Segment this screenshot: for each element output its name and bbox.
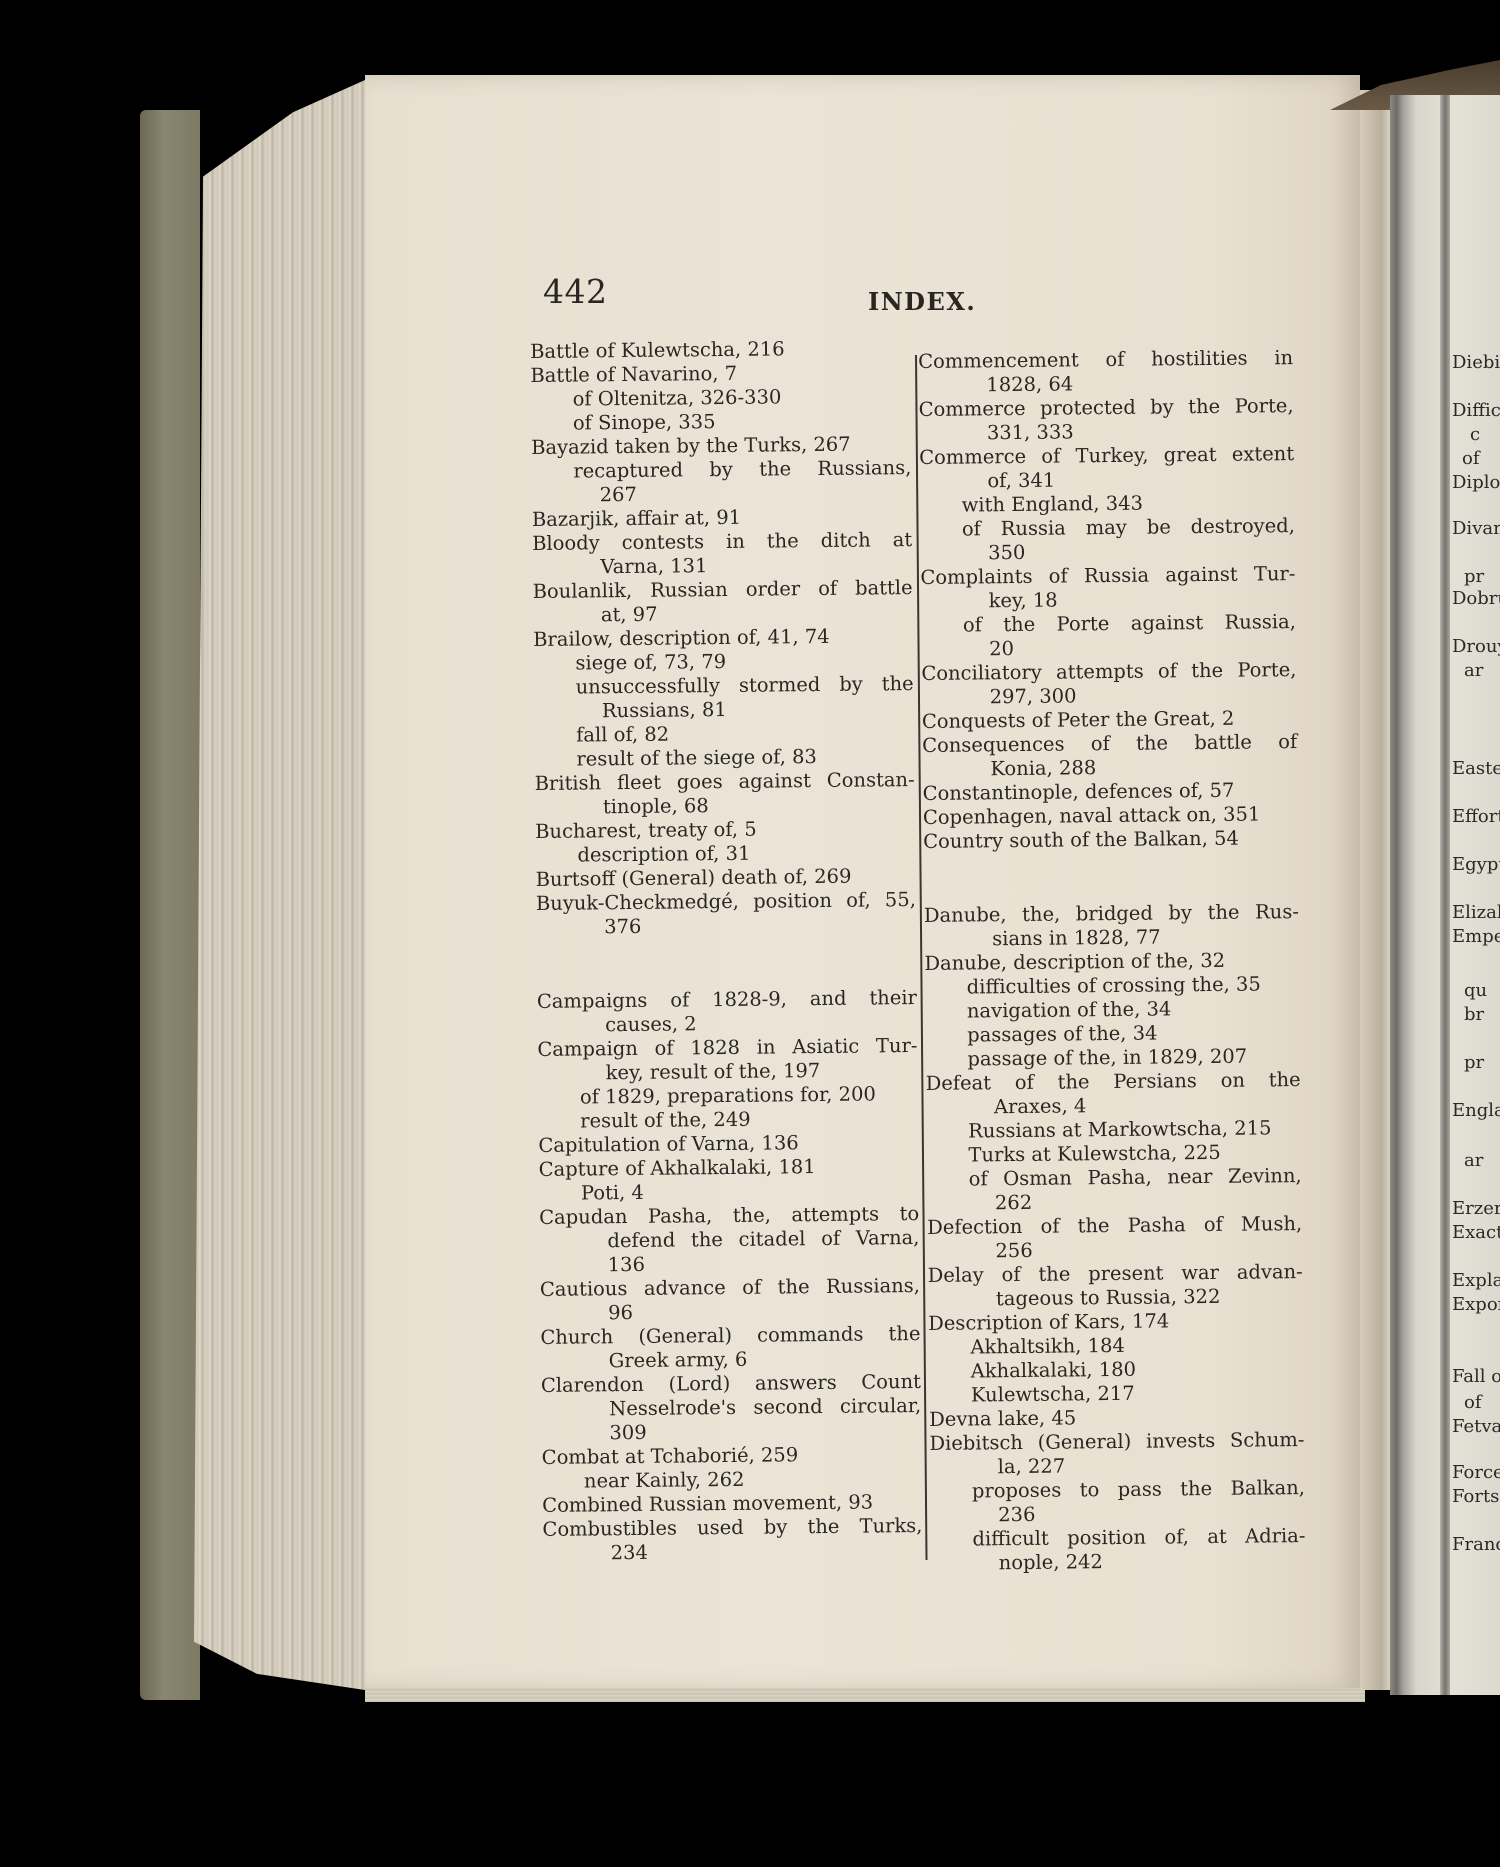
index-entry: Copenhagen, naval attack on, 351 — [923, 802, 1298, 830]
index-entry: Danube, the, bridged by the Rus-sians in… — [924, 900, 1299, 952]
index-entry: difficulties of crossing the, 35 — [925, 972, 1300, 1000]
index-subentry: proposes to pass the Balkan, — [930, 1476, 1305, 1504]
facing-page-fragment: Exacti — [1452, 1222, 1500, 1243]
index-entry: difficult position of, at Adria-nople, 2… — [930, 1524, 1305, 1576]
index-entry-continuation: 234 — [543, 1538, 923, 1566]
index-column-left: Battle of Kulewtscha, 216Battle of Navar… — [530, 336, 923, 1566]
index-entry: Russians at Markowtscha, 215 — [926, 1116, 1301, 1144]
facing-page-fragment: pr — [1464, 566, 1484, 587]
index-entry-heading: Copenhagen, naval attack on, 351 — [923, 802, 1298, 830]
index-entry: Commerce protected by the Porte,331, 333 — [919, 394, 1294, 446]
index-subentry: of 1829, preparations for, 200 — [538, 1082, 918, 1110]
facing-page-fragment: of — [1464, 1392, 1482, 1413]
index-subentry: recaptured by the Russians, — [531, 456, 911, 484]
facing-page-fragment: Divan, — [1452, 518, 1500, 539]
index-entry: proposes to pass the Balkan,236 — [930, 1476, 1305, 1528]
facing-page-fragment: Fetva — [1452, 1416, 1500, 1437]
index-subentry: difficulties of crossing the, 35 — [925, 972, 1300, 1000]
index-entry: Combustibles used by the Turks,234 — [542, 1514, 922, 1566]
index-entry-heading: Combustibles used by the Turks, — [542, 1514, 922, 1542]
index-entry: Church (General) commands theGreek army,… — [540, 1322, 920, 1374]
index-entry-heading: Consequences of the battle of — [922, 730, 1297, 758]
facing-page-fragment: c — [1470, 424, 1480, 445]
index-entry-heading: Commencement of hostilities in — [918, 346, 1293, 374]
index-entry: Defeat of the Persians on theAraxes, 4 — [926, 1068, 1301, 1120]
index-entry-heading: Diebitsch (General) invests Schum- — [929, 1428, 1304, 1456]
facing-page-fragment: Efforts — [1452, 806, 1500, 827]
facing-page-fragment: Force — [1452, 1462, 1500, 1483]
facing-page-fragment: Export — [1452, 1294, 1500, 1315]
index-entry: Bloody contests in the ditch atVarna, 13… — [532, 528, 912, 580]
index-subentry: difficult position of, at Adria- — [930, 1524, 1305, 1552]
index-entry: of Russia may be destroyed,350 — [920, 514, 1295, 566]
index-entry: Delay of the present war advan-tageous t… — [928, 1260, 1303, 1312]
index-subentry: of Russia may be destroyed, — [920, 514, 1295, 542]
facing-page-fragment: Dobruc — [1452, 588, 1500, 609]
facing-page-fragment: France — [1452, 1534, 1500, 1555]
index-subentry: Russians at Markowtscha, 215 — [926, 1116, 1301, 1144]
index-subentry: of Osman Pasha, near Zevinn, — [927, 1164, 1302, 1192]
index-column-right: Commencement of hostilities in1828, 64Co… — [918, 346, 1306, 1576]
index-subentry: unsuccessfully stormed by the — [534, 672, 914, 700]
index-entry-heading: Complaints of Russia against Tur- — [920, 562, 1295, 590]
index-entry: Campaign of 1828 in Asiatic Tur-key, res… — [537, 1034, 917, 1086]
book-gutter — [1360, 90, 1390, 1690]
index-entry: Conciliatory attempts of the Porte,297, … — [921, 658, 1296, 710]
index-entry: Campaigns of 1828-9, and theircauses, 2 — [537, 986, 917, 1038]
index-entry: Diebitsch (General) invests Schum-la, 22… — [929, 1428, 1304, 1480]
index-entry: Capudan Pasha, the, attempts todefend th… — [539, 1202, 920, 1278]
index-entry-heading: Delay of the present war advan- — [928, 1260, 1303, 1288]
facing-page-fragment: Explar — [1452, 1270, 1500, 1291]
facing-page-fragment: Difficu — [1452, 400, 1500, 421]
index-entry: British fleet goes against Constan-tinop… — [535, 768, 915, 820]
index-entry: Cautious advance of the Russians,96 — [540, 1274, 920, 1326]
index-entry-heading: Buyuk-Checkmedgé, position of, 55, — [536, 888, 916, 916]
index-entry: of the Porte against Russia,20 — [921, 610, 1296, 662]
page-stack-fore-edge — [185, 80, 365, 1690]
index-entry: Commencement of hostilities in1828, 64 — [918, 346, 1293, 398]
facing-page-fragment: Diebits — [1452, 352, 1500, 373]
facing-page-text-fragments: DiebitsDifficucofDiplonDivan,prDobrucDro… — [1452, 0, 1500, 1867]
book-cover-left — [140, 110, 200, 1700]
facing-page-fragment: of — [1462, 448, 1480, 469]
facing-page-edge — [1440, 95, 1450, 1695]
index-entry-heading: Cautious advance of the Russians, — [540, 1274, 920, 1302]
facing-page-fragment: Egypt — [1452, 854, 1500, 875]
facing-page-fragment: Fall of — [1452, 1366, 1500, 1387]
letter-section-gap — [923, 850, 1299, 904]
index-entry-heading: Boulanlik, Russian order of battle — [533, 576, 913, 604]
facing-page-fragment: Elizab — [1452, 902, 1500, 923]
facing-page-fragment: Drouy — [1452, 636, 1500, 657]
index-entry: Buyuk-Checkmedgé, position of, 55,376 — [536, 888, 916, 940]
index-entry: recaptured by the Russians,267 — [531, 456, 911, 508]
index-entry: Defection of the Pasha of Mush,256 — [927, 1212, 1302, 1264]
index-entry-continuation: nople, 242 — [931, 1548, 1306, 1576]
index-entry-heading: Commerce protected by the Porte, — [919, 394, 1294, 422]
facing-page-fragment: pr — [1464, 1052, 1484, 1073]
index-entry: Complaints of Russia against Tur-key, 18 — [920, 562, 1295, 614]
index-entry: Commerce of Turkey, great extentof, 341 — [919, 442, 1294, 494]
index-entry: Boulanlik, Russian order of battleat, 97 — [533, 576, 913, 628]
index-entry-heading: Conciliatory attempts of the Porte, — [921, 658, 1296, 686]
index-entry-continuation: Nesselrode's second circular, — [541, 1394, 921, 1422]
index-entry-heading: Bloody contests in the ditch at — [532, 528, 912, 556]
page-bottom-edge — [365, 1688, 1365, 1702]
facing-page-fragment: Easter — [1452, 758, 1500, 779]
facing-page-fragment: Emper — [1452, 926, 1500, 947]
index-entry-heading: Campaigns of 1828-9, and their — [537, 986, 917, 1014]
letter-section-gap — [536, 936, 917, 990]
index-entry-continuation: defend the citadel of Varna, — [539, 1226, 919, 1254]
index-entry: of 1829, preparations for, 200 — [538, 1082, 918, 1110]
index-entry-heading: Campaign of 1828 in Asiatic Tur- — [537, 1034, 917, 1062]
facing-page-fragment: Diplon — [1452, 472, 1500, 493]
index-entry: Clarendon (Lord) answers CountNesselrode… — [541, 1370, 922, 1446]
index-entry: of Osman Pasha, near Zevinn,262 — [927, 1164, 1302, 1216]
index-subentry: of the Porte against Russia, — [921, 610, 1296, 638]
index-entry-heading: British fleet goes against Constan- — [535, 768, 915, 796]
facing-page-fragment: Erzeru — [1452, 1198, 1500, 1219]
index-entry-heading: Danube, the, bridged by the Rus- — [924, 900, 1299, 928]
facing-page-fragment: ar — [1464, 660, 1483, 681]
index-entry-heading: Defection of the Pasha of Mush, — [927, 1212, 1302, 1240]
index-entry-heading: Defeat of the Persians on the — [926, 1068, 1301, 1096]
facing-page-fragment: qu — [1464, 980, 1487, 1001]
index-entry-heading: Church (General) commands the — [540, 1322, 920, 1350]
facing-page-fragment: Englar — [1452, 1100, 1500, 1121]
facing-page-fragment: Forts — [1452, 1486, 1499, 1507]
facing-page-fragment: br — [1464, 1004, 1484, 1025]
page-number: 442 — [543, 272, 608, 311]
facing-page-fragment: ar — [1464, 1150, 1483, 1171]
index-entry: Consequences of the battle ofKonia, 288 — [922, 730, 1297, 782]
index-entry-heading: Commerce of Turkey, great extent — [919, 442, 1294, 470]
index-entry: unsuccessfully stormed by theRussians, 8… — [534, 672, 914, 724]
running-head: INDEX. — [868, 287, 976, 316]
